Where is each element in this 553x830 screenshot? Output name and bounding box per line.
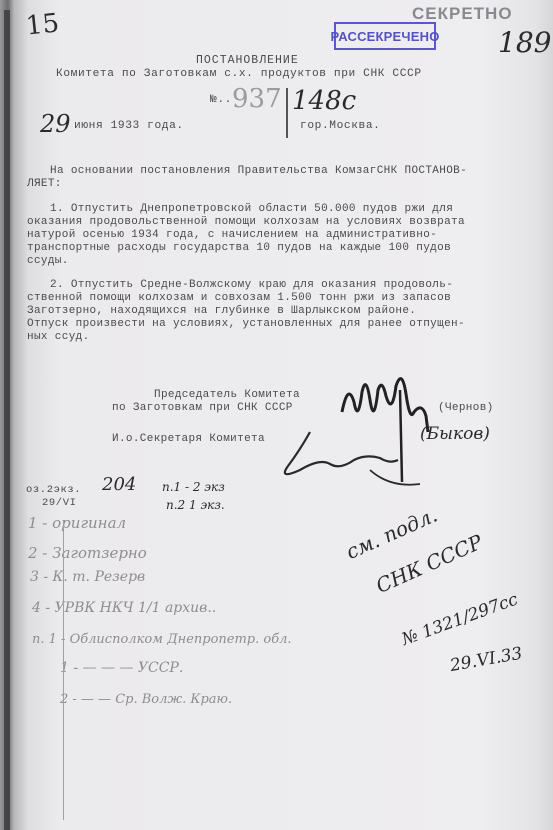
item-2-line: Отпуск произвести на условиях, установле… bbox=[27, 318, 465, 331]
item-2-line: ственной помощи колхозам и совхозам 1.50… bbox=[27, 292, 451, 305]
distribution-count: 204 bbox=[102, 474, 136, 495]
item-2-line: 2. Отпустить Средне-Волжскому краю для о… bbox=[50, 279, 453, 292]
secretary-signature bbox=[270, 430, 420, 500]
document-subtitle: Комитета по Заготовкам с.х. продуктов пр… bbox=[56, 68, 422, 80]
chairman-name: (Чернов) bbox=[438, 402, 494, 415]
secret-stamp: СЕКРЕТНО bbox=[412, 4, 513, 24]
sheet-number: 15 bbox=[25, 8, 61, 41]
document-title: ПОСТАНОВЛЕНИЕ bbox=[196, 54, 299, 67]
pencil-list-item: п. 1 - Облисполком Днепропетр. обл. bbox=[32, 632, 292, 647]
item-2-line: Заготзерно, находящихся на глубинке в Ша… bbox=[27, 305, 416, 318]
chairman-title-line-1: Председатель Комитета bbox=[154, 389, 300, 402]
date-day: 29 bbox=[40, 110, 71, 138]
secretary-title: И.о.Секретаря Комитета bbox=[112, 433, 265, 446]
pencil-list-item: 1 - оригинал bbox=[28, 514, 126, 532]
declassified-stamp: РАССЕКРЕЧЕНО bbox=[334, 22, 436, 50]
page-number: 189. bbox=[498, 26, 553, 59]
pencil-margin-line bbox=[63, 520, 64, 820]
binding-edge bbox=[4, 10, 10, 830]
distribution-typed-1: оз.2экз. bbox=[26, 484, 81, 496]
date-text: июня 1933 года. bbox=[74, 120, 184, 132]
item-1-line: натурой осенью 1934 года, с начислением … bbox=[27, 229, 437, 242]
number-divider bbox=[286, 88, 288, 138]
pencil-list-item: 2 - — — Ср. Волж. Краю. bbox=[60, 692, 232, 707]
place: гор.Москва. bbox=[300, 120, 380, 132]
item-2-line: ных ссуд. bbox=[27, 331, 90, 344]
margin-note-line: 29.VI.33 bbox=[449, 644, 524, 676]
item-1-line: оказания продовольственной помощи колхоз… bbox=[27, 216, 465, 229]
distribution-p2: п.2 1 экз. bbox=[166, 498, 225, 512]
pencil-list-item: 2 - Заготзерно bbox=[28, 544, 147, 562]
distribution-p1: п.1 - 2 экз bbox=[162, 480, 225, 494]
preamble-line-2: ЛЯЕТ: bbox=[27, 178, 62, 191]
pencil-list-item: 1 - — — — УССР. bbox=[60, 660, 183, 676]
number-prefix: №.. bbox=[210, 94, 232, 106]
pencil-list-item: 4 - УРВК НКЧ 1/1 архив.. bbox=[32, 600, 216, 616]
scanned-document-page: 15 189. СЕКРЕТНО РАССЕКРЕЧЕНО ПОСТАНОВЛЕ… bbox=[0, 0, 553, 830]
margin-note-line: № 1321/297сс bbox=[399, 589, 520, 650]
item-1-line: ссуды. bbox=[27, 255, 69, 268]
preamble-line-1: На основании постановления Правительства… bbox=[50, 165, 467, 178]
item-1-line: 1. Отпустить Днепропетровской области 50… bbox=[50, 203, 453, 216]
distribution-typed-2: 29/VI bbox=[42, 497, 77, 509]
chairman-title-line-2: по Заготовкам при СНК СССР bbox=[112, 402, 293, 415]
pencil-list-item: 3 - К. т. Резерв bbox=[30, 569, 145, 585]
number-handwritten: 937 bbox=[232, 84, 282, 114]
item-1-line: транспортные расходы государства 10 пудо… bbox=[27, 242, 451, 255]
number-suffix: 148с bbox=[292, 86, 356, 116]
